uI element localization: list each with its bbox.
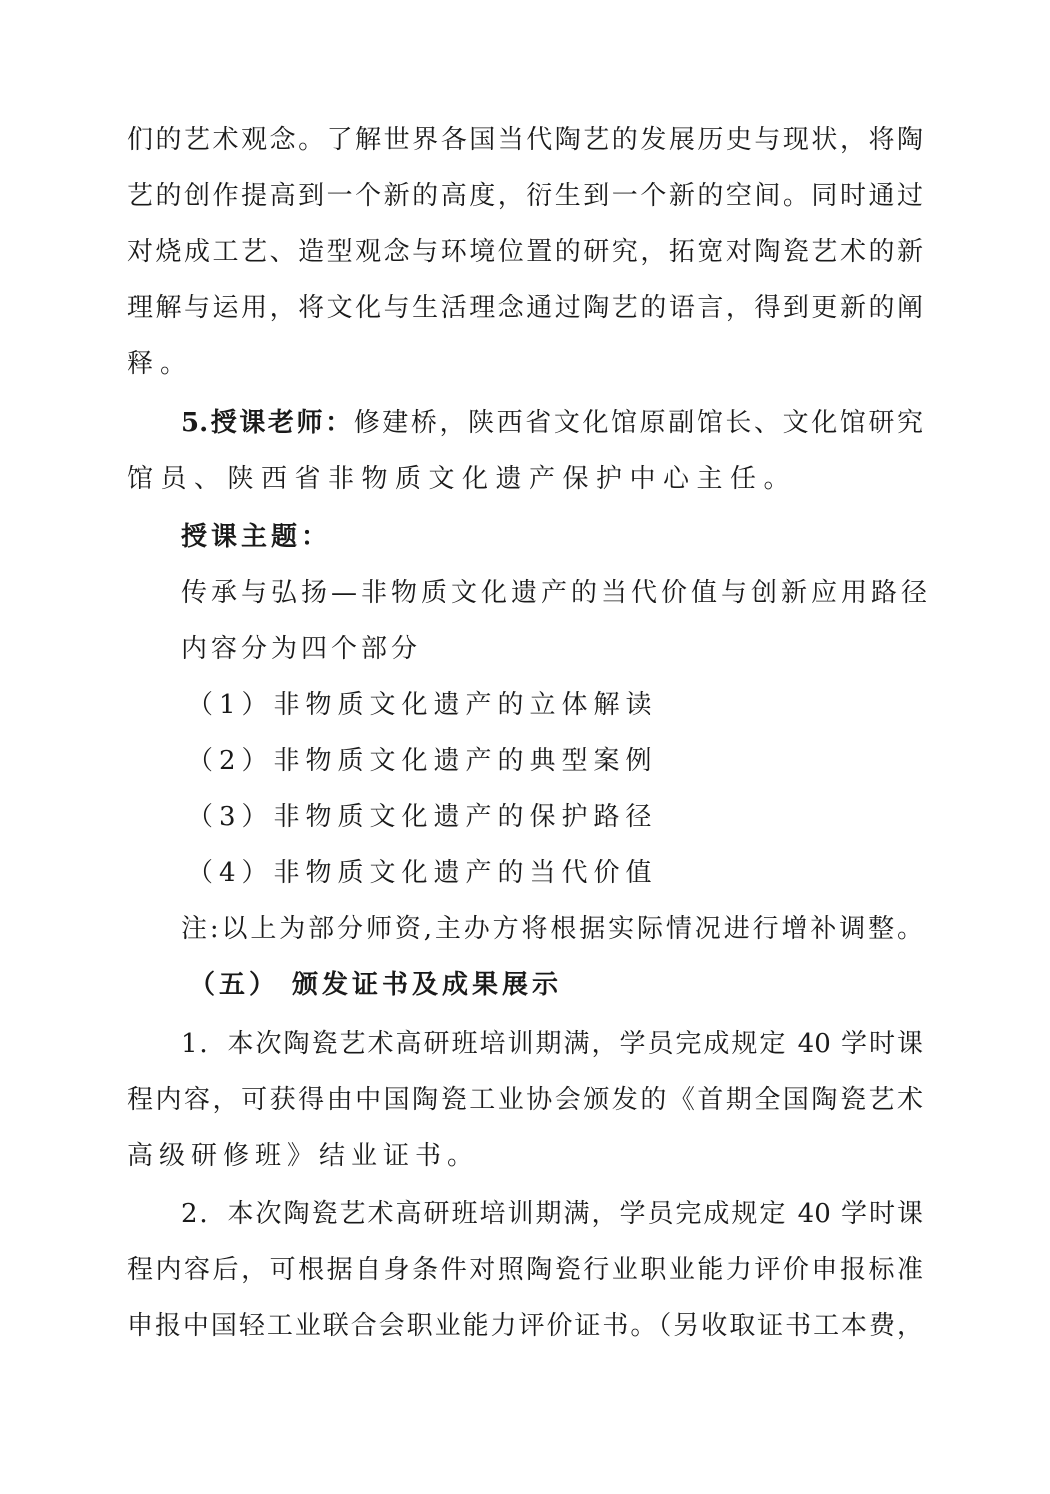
teacher-description-cont: 馆员、陕西省非物质文化遗产保护中心主任。	[127, 459, 797, 499]
certificate-para2-line: 申报中国轻工业联合会职业能力评价证书。（另收取证书工本费，	[127, 1306, 923, 1346]
paragraph-line: 艺的创作提高到一个新的高度，衍生到一个新的空间。同时通过	[127, 176, 923, 216]
section-heading: （五） 颁发证书及成果展示	[189, 965, 562, 1005]
certificate-para1-line: 1．本次陶瓷艺术高研班培训期满，学员完成规定 40 学时课	[181, 1024, 923, 1064]
paragraph-line: 对烧成工艺、造型观念与环境位置的研究，拓宽对陶瓷艺术的新	[127, 232, 923, 272]
certificate-para1-line: 高级研修班》结业证书。	[127, 1136, 479, 1176]
note-text: 注:以上为部分师资,主办方将根据实际情况进行增补调整。	[181, 909, 923, 949]
topic-title: 传承与弘扬—非物质文化遗产的当代价值与创新应用路径	[181, 573, 931, 613]
topic-item: （1）非物质文化遗产的立体解读	[187, 685, 658, 725]
topic-item: （2）非物质文化遗产的典型案例	[187, 741, 658, 781]
teacher-description: 修建桥，陕西省文化馆原副馆长、文化馆研究	[354, 408, 923, 438]
topic-item: （4）非物质文化遗产的当代价值	[187, 853, 658, 893]
teacher-label: 5.授课老师：	[181, 408, 354, 438]
paragraph-line: 释。	[127, 344, 193, 384]
certificate-para1-line: 程内容，可获得由中国陶瓷工业协会颁发的《首期全国陶瓷艺术	[127, 1080, 923, 1120]
topic-intro: 内容分为四个部分	[181, 629, 421, 669]
topic-heading: 授课主题：	[181, 517, 331, 557]
certificate-para2-line: 2．本次陶瓷艺术高研班培训期满，学员完成规定 40 学时课	[181, 1194, 923, 1234]
topic-item: （3）非物质文化遗产的保护路径	[187, 797, 658, 837]
paragraph-line: 们的艺术观念。了解世界各国当代陶艺的发展历史与现状，将陶	[127, 120, 923, 160]
certificate-para2-line: 程内容后，可根据自身条件对照陶瓷行业职业能力评价申报标准	[127, 1250, 923, 1290]
teacher-line: 5.授课老师：修建桥，陕西省文化馆原副馆长、文化馆研究	[181, 403, 923, 443]
paragraph-line: 理解与运用，将文化与生活理念通过陶艺的语言，得到更新的阐	[127, 288, 923, 328]
